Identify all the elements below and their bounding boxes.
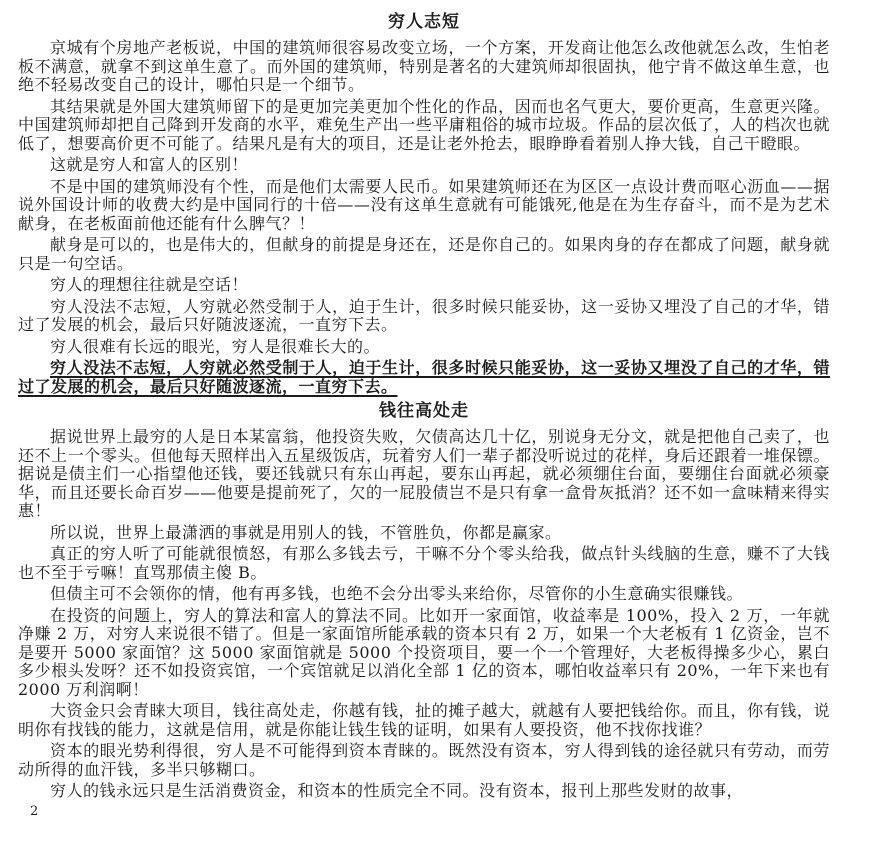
paragraph: 但债主可不会领你的情，他有再多钱，也绝不会分出零头来给你，尽管你的小生意确实很赚… [18,585,830,604]
paragraph: 大资金只会青睐大项目，钱往高处走，你越有钱，扯的摊子越大，就越有人要把钱给你。而… [18,702,830,739]
paragraph: 献身是可以的，也是伟大的，但献身的前提是身还在，还是你自己的。如果肉身的存在都成… [18,236,830,273]
paragraph: 穷人的钱永远只是生活消费资金，和资本的性质完全不同。没有资本，报刊上那些发财的故… [18,782,830,801]
section-title-money-flows-high: 钱往高处走 [18,401,830,421]
paragraph: 据说世界上最穷的人是日本某富翁，他投资失败，欠债高达几十亿，别说身无分文，就是把… [18,428,830,521]
paragraph: 资本的眼光势利得很，穷人是不可能得到资本青睐的。既然没有资本，穷人得到钱的途径就… [18,742,830,779]
paragraph: 在投资的问题上，穷人的算法和富人的算法不同。比如开一家面馆，收益率是 100%，… [18,607,830,700]
paragraph: 穷人很难有长远的眼光，穷人是很难长大的。 [18,338,830,357]
section-title-poor-ambition: 穷人志短 [18,12,830,32]
paragraph: 其结果就是外国大建筑师留下的是更加完美更加个性化的作品，因而也名气更大，要价更高… [18,98,830,154]
paragraph: 穷人的理想往往就是空话！ [18,276,830,295]
paragraph: 不是中国的建筑师没有个性，而是他们太需要人民币。如果建筑师还在为区区一点设计费而… [18,178,830,234]
page-number: 2 [18,804,830,819]
paragraph: 真正的穷人听了可能就很愤怒，有那么多钱去亏，干嘛不分个零头给我，做点针头线脑的生… [18,545,830,582]
paragraph-bold-underlined: 穷人没法不志短，人穷就必然受制于人，迫于生计，很多时候只能妥协，这一妥协又埋没了… [18,359,830,396]
paragraph: 所以说，世界上最潇洒的事就是用别人的钱，不管胜负，你都是赢家。 [18,524,830,543]
document-page: 穷人志短 京城有个房地产老板说，中国的建筑师很容易改变立场，一个方案，开发商让他… [0,0,870,842]
paragraph: 京城有个房地产老板说，中国的建筑师很容易改变立场，一个方案，开发商让他怎么改他就… [18,39,830,95]
paragraph: 穷人没法不志短，人穷就必然受制于人，迫于生计，很多时候只能妥协，这一妥协又埋没了… [18,298,830,335]
paragraph: 这就是穷人和富人的区别！ [18,156,830,175]
